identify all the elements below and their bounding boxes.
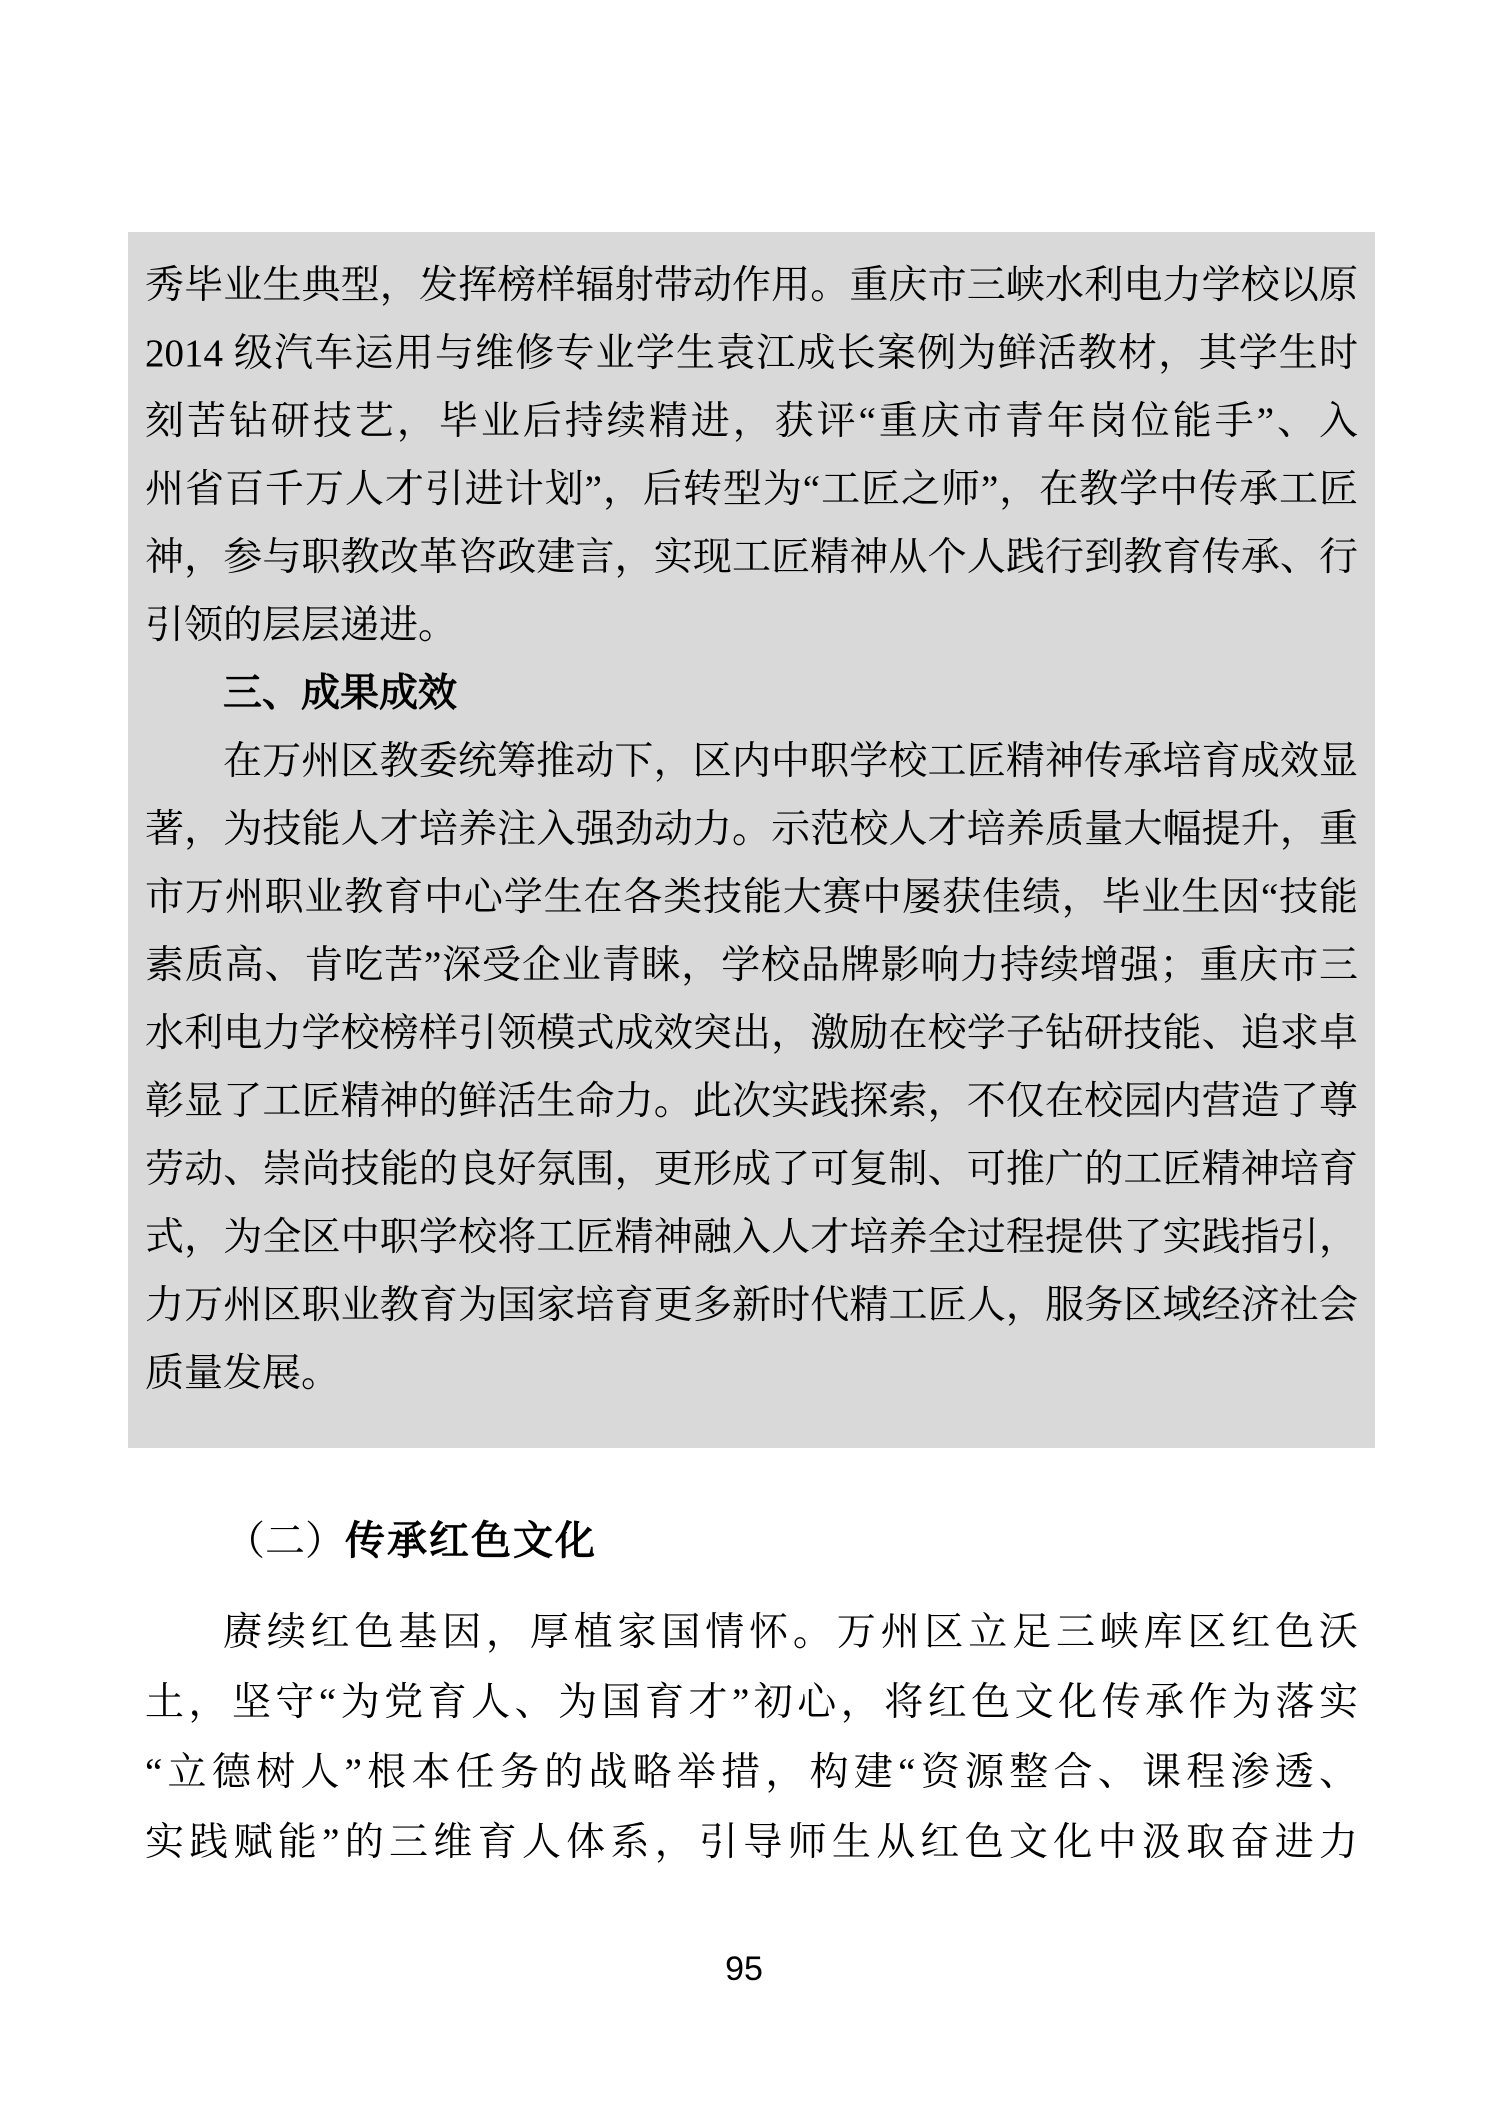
text-line: 素质高、肯吃苦”深受企业青睐，学校品牌影响力持续增强；重庆市三峡 [145, 932, 1358, 1000]
section-heading: （二）传承红色文化 [145, 1516, 1358, 1566]
text-line: 刻苦钻研技艺，毕业后持续精进，获评“重庆市青年岗位能手”、入选“贵 [145, 388, 1358, 456]
paragraph-line: “立德树人”根本任务的战略举措，构建“资源整合、课程渗透、 [145, 1738, 1358, 1808]
text-line: 市万州职业教育中心学生在各类技能大赛中屡获佳绩，毕业生因“技能强、 [145, 864, 1358, 932]
section-heading-number: （二） [225, 1518, 345, 1563]
document-page: 秀毕业生典型，发挥榜样辐射带动作用。重庆市三峡水利电力学校以原 2014 级汽车… [0, 0, 1488, 2104]
text-line: 在万州区教委统筹推动下，区内中职学校工匠精神传承培育成效显 [145, 728, 1358, 796]
paragraph-line: 土，坚守“为党育人、为国育才”初心，将红色文化传承作为落实 [145, 1668, 1358, 1738]
text-line: 质量发展。 [145, 1340, 1358, 1408]
section-paragraph: 赓续红色基因，厚植家国情怀。万州区立足三峡库区红色沃 土，坚守“为党育人、为国育… [145, 1598, 1358, 1878]
paragraph-line: 赓续红色基因，厚植家国情怀。万州区立足三峡库区红色沃 [145, 1598, 1358, 1668]
paragraph-line: 实践赋能”的三维育人体系，引导师生从红色文化中汲取奋进力 [145, 1808, 1358, 1878]
text-line: 水利电力学校榜样引领模式成效突出，激励在校学子钻研技能、追求卓越， [145, 1000, 1358, 1068]
text-line: 劳动、崇尚技能的良好氛围，更形成了可复制、可推广的工匠精神培育范 [145, 1136, 1358, 1204]
subsection-heading: 三、成果成效 [145, 660, 1358, 728]
text-line: 神，参与职教改革咨政建言，实现工匠精神从个人践行到教育传承、行业 [145, 524, 1358, 592]
text-line: 引领的层层递进。 [145, 592, 1358, 660]
text-line: 著，为技能人才培养注入强劲动力。示范校人才培养质量大幅提升，重庆 [145, 796, 1358, 864]
section-heading-title: 传承红色文化 [345, 1518, 597, 1563]
text-line: 秀毕业生典型，发挥榜样辐射带动作用。重庆市三峡水利电力学校以原 [145, 252, 1358, 320]
text-line: 式，为全区中职学校将工匠精神融入人才培养全过程提供了实践指引，助 [145, 1204, 1358, 1272]
text-line: 2014 级汽车运用与维修专业学生袁江成长案例为鲜活教材，其学生时代 [145, 320, 1358, 388]
highlighted-block: 秀毕业生典型，发挥榜样辐射带动作用。重庆市三峡水利电力学校以原 2014 级汽车… [128, 232, 1375, 1448]
text-line: 州省百千万人才引进计划”，后转型为“工匠之师”，在教学中传承工匠精 [145, 456, 1358, 524]
text-line: 彰显了工匠精神的鲜活生命力。此次实践探索，不仅在校园内营造了尊重 [145, 1068, 1358, 1136]
page-number: 95 [0, 1950, 1488, 1989]
text-line: 力万州区职业教育为国家培育更多新时代精工匠人，服务区域经济社会高 [145, 1272, 1358, 1340]
